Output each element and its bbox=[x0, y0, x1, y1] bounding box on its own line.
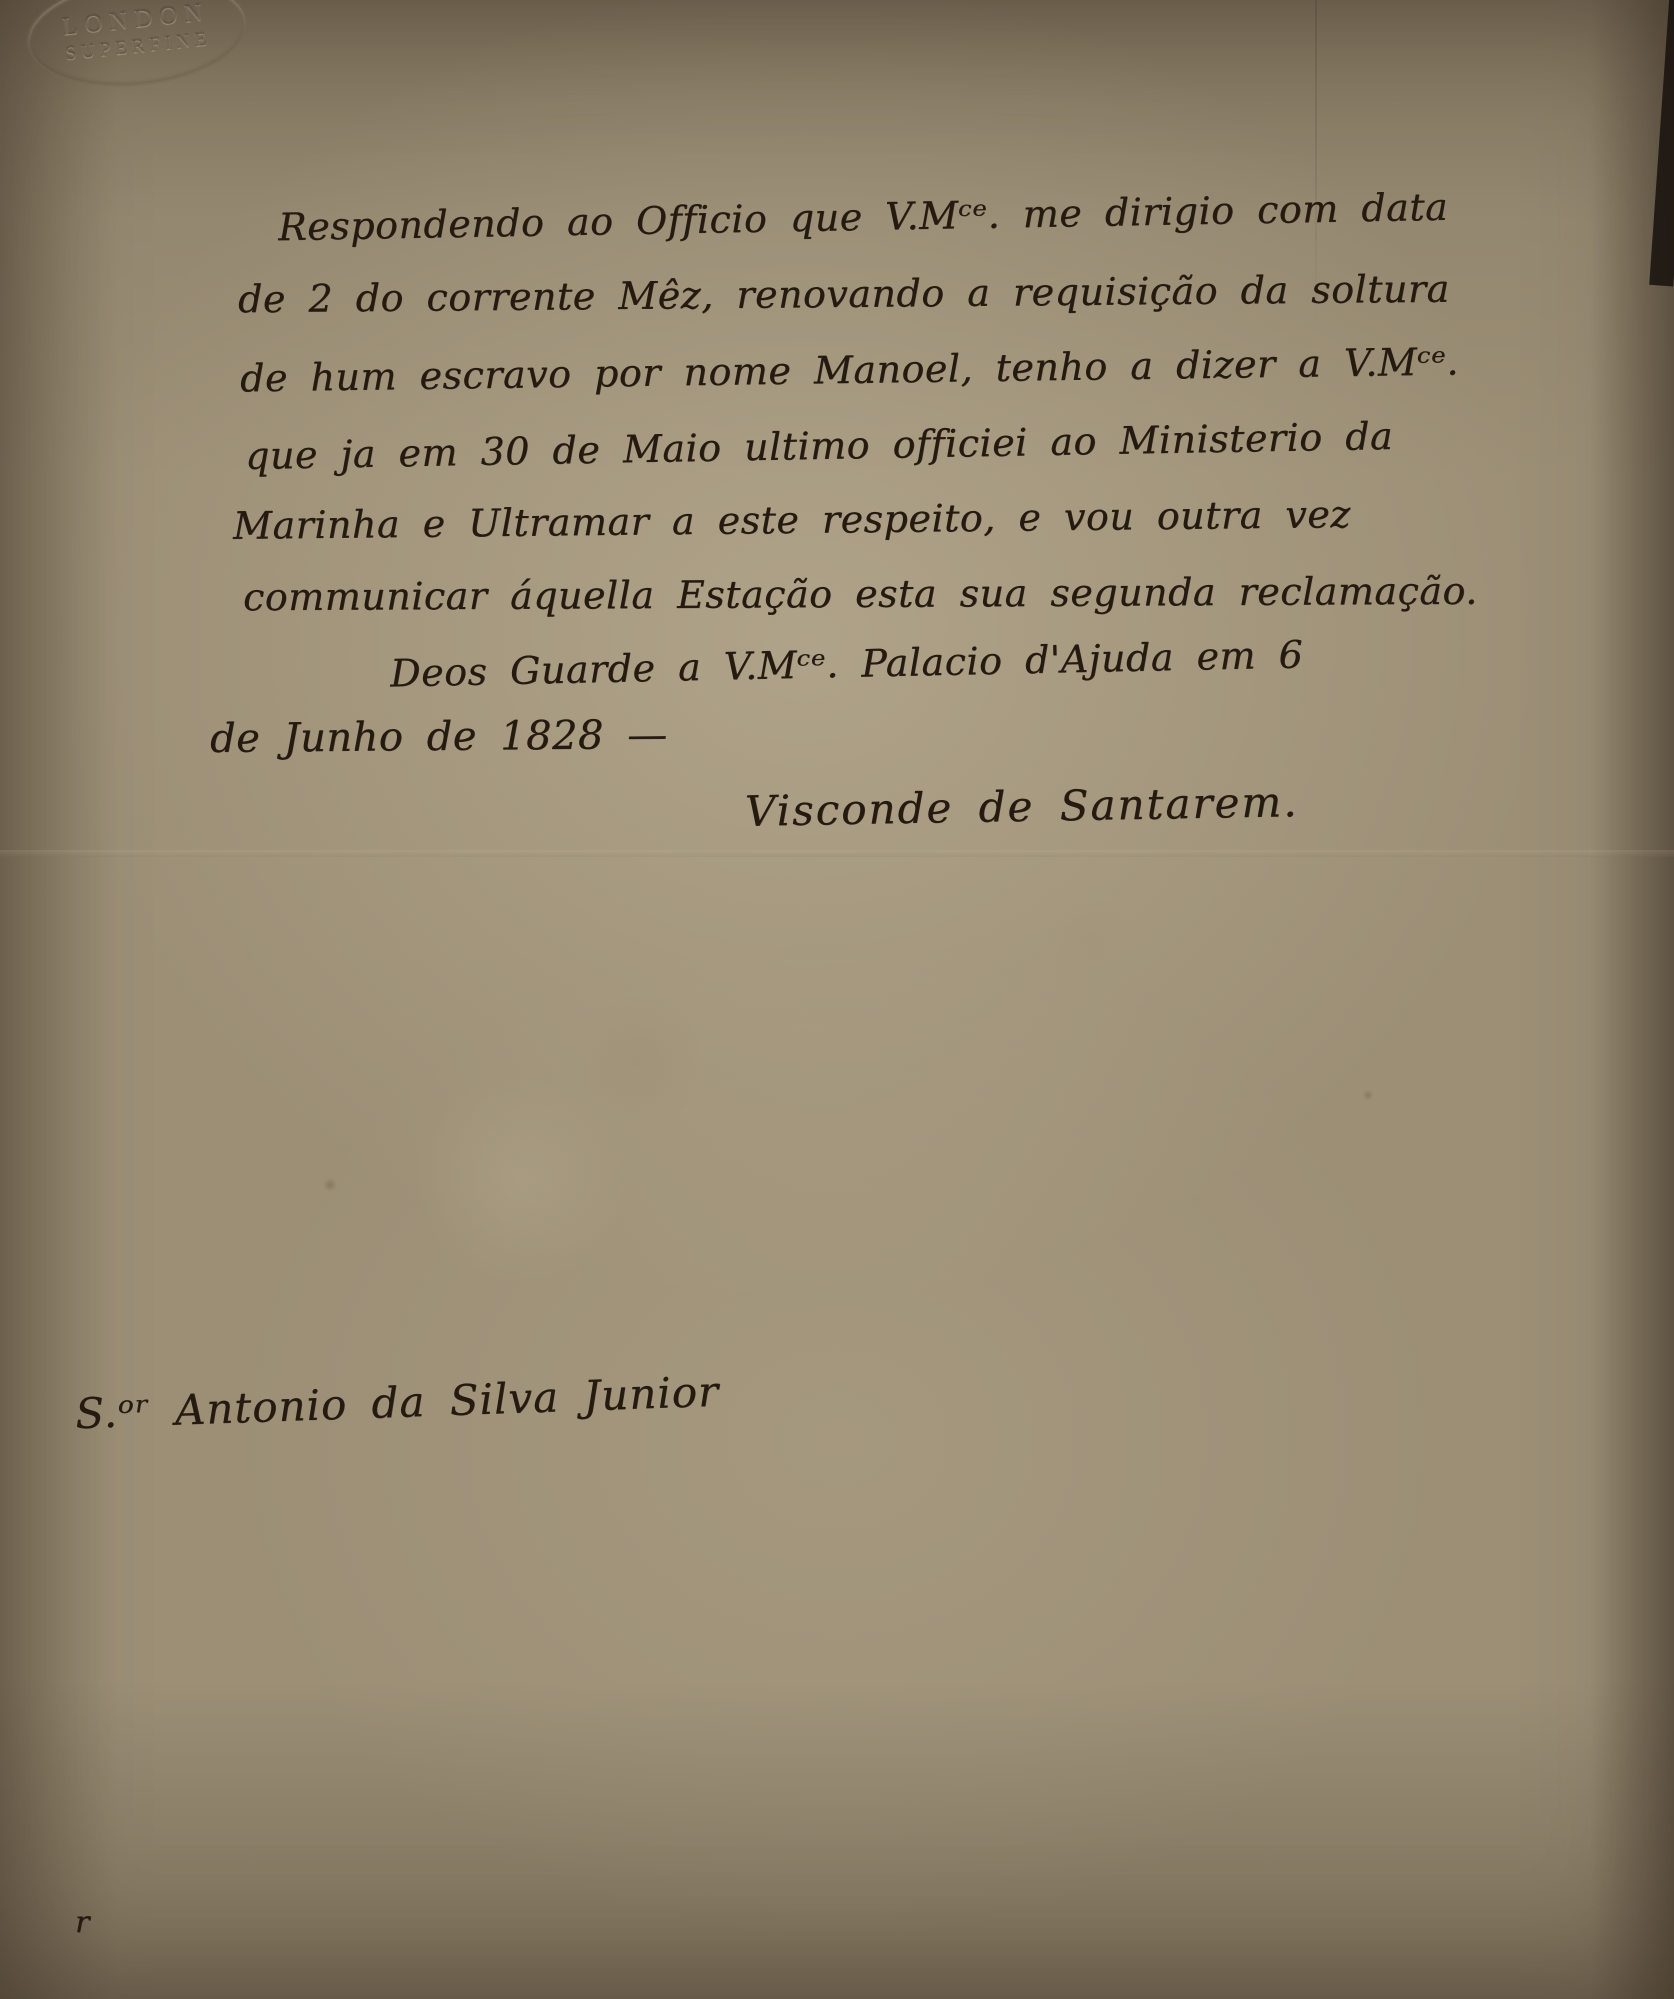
footer-mark: r bbox=[75, 1905, 90, 1940]
signature: Visconde de Santarem. bbox=[745, 777, 1299, 836]
handwritten-line-5: Marinha e Ultramar a este respeito, e vo… bbox=[233, 492, 1351, 548]
embossed-paper-stamp: LONDON SUPERFINE bbox=[21, 0, 253, 97]
fold-crease-horizontal bbox=[0, 850, 1674, 857]
handwritten-line-7: Deos Guarde a V.Mᶜᵉ. Palacio d'Ajuda em … bbox=[390, 632, 1304, 695]
handwritten-line-4: que ja em 30 de Maio ultimo officiei ao … bbox=[245, 414, 1394, 478]
manuscript-page: LONDON SUPERFINE Respondendo ao Officio … bbox=[0, 0, 1674, 1999]
photo-edge-shadow bbox=[1649, 0, 1674, 286]
addressee-line: S.ᵒʳ Antonio da Silva Junior bbox=[74, 1367, 719, 1438]
handwritten-line-1: Respondendo ao Officio que V.Mᶜᵉ. me dir… bbox=[278, 185, 1449, 249]
handwritten-line-2: de 2 do corrente Mêz, renovando a requis… bbox=[238, 267, 1450, 322]
handwritten-line-3: de hum escravo por nome Manoel, tenho a … bbox=[240, 339, 1459, 400]
handwritten-line-6: communicar áquella Estação esta sua segu… bbox=[243, 569, 1478, 619]
handwritten-line-8-date: de Junho de 1828 — bbox=[210, 712, 668, 762]
